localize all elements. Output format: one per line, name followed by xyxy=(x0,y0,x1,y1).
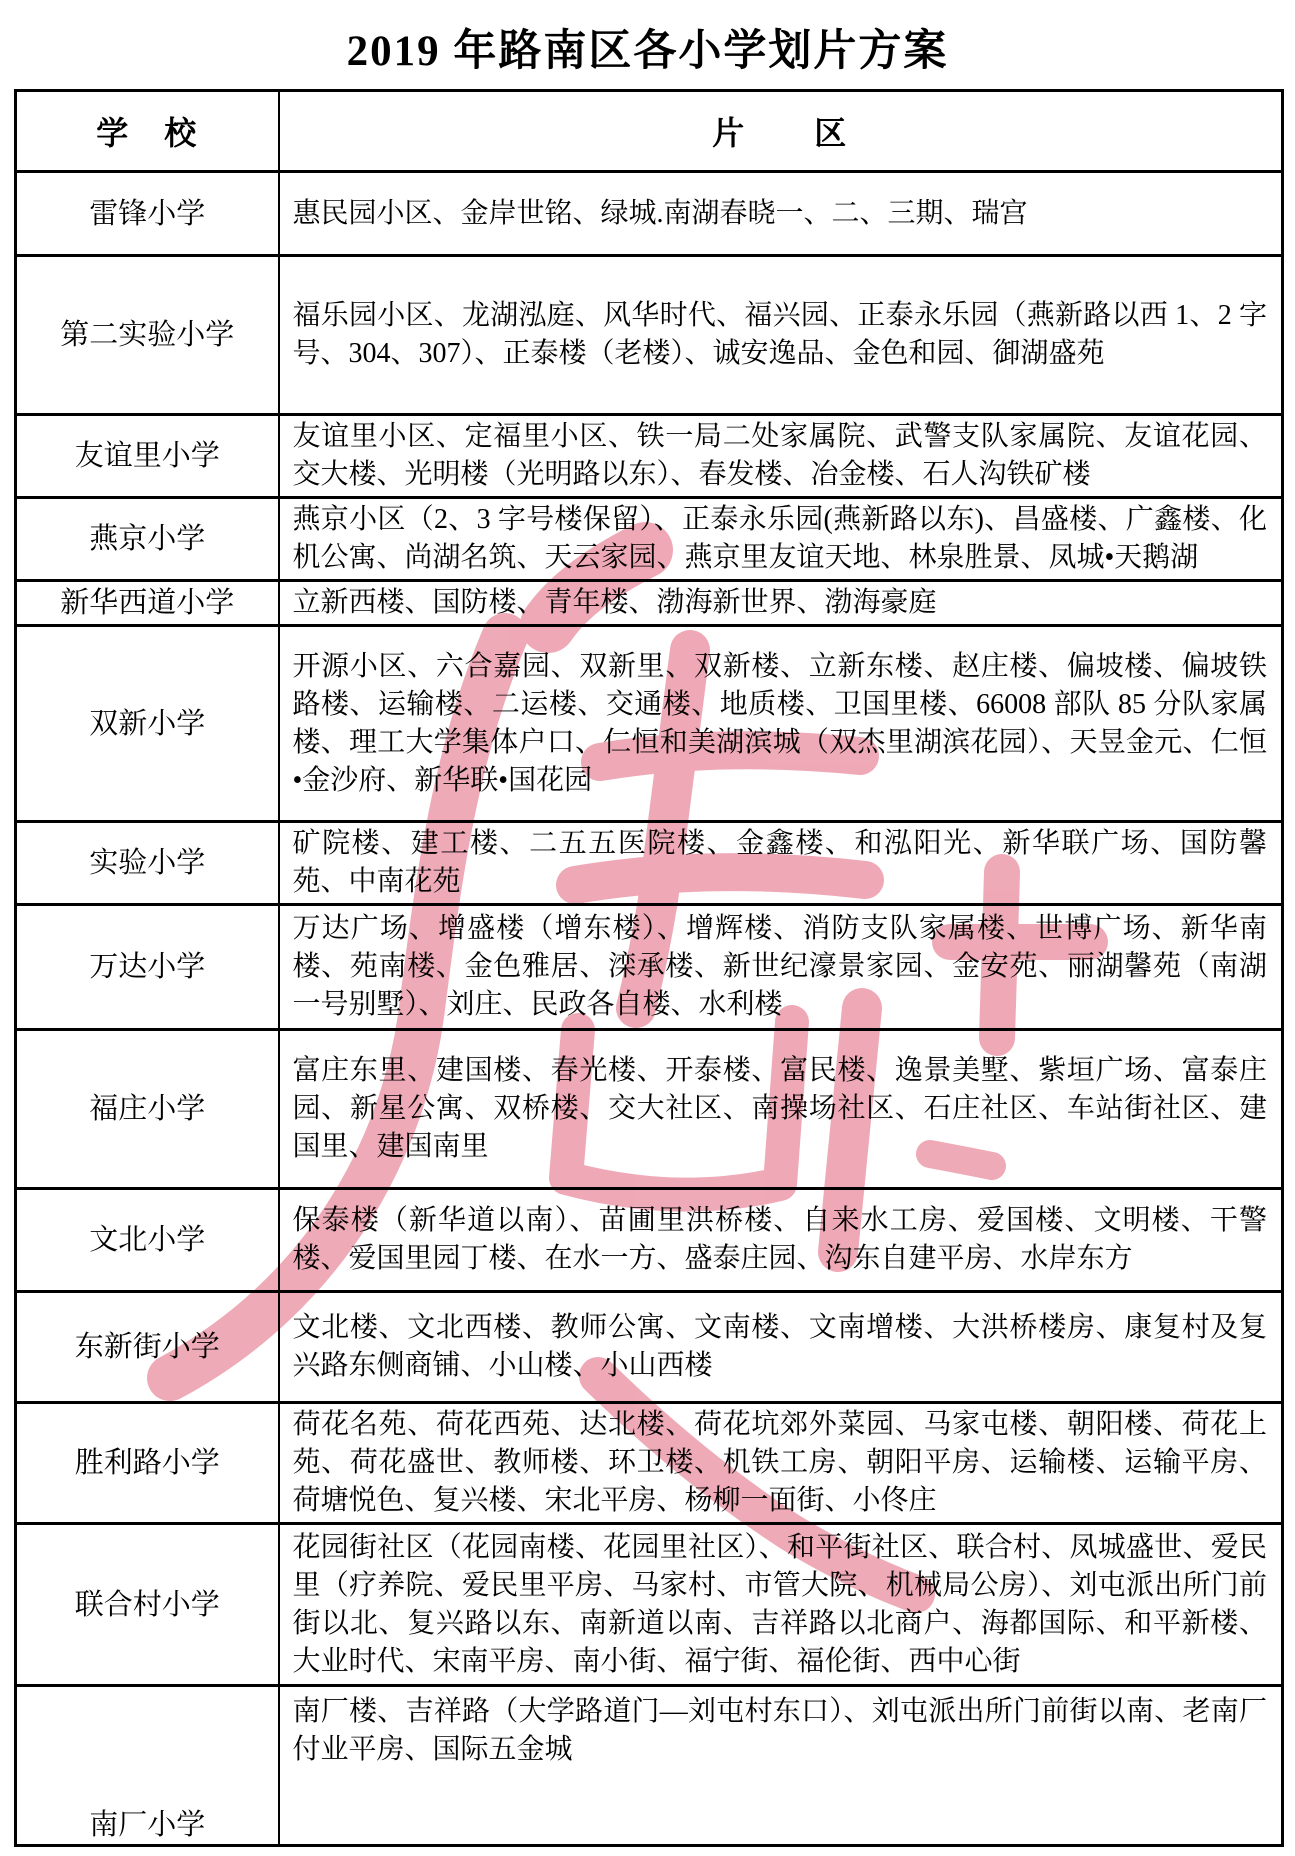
school-name-cell: 实验小学 xyxy=(16,822,279,905)
district-column-header: 片 区 xyxy=(279,91,1283,172)
school-name-cell: 南厂小学 xyxy=(16,1686,279,1846)
table-row: 文北小学 保泰楼（新华道以南）、苗圃里洪桥楼、自来水工房、爱国楼、文明楼、干警楼… xyxy=(16,1189,1283,1292)
district-list-cell: 友谊里小区、定福里小区、铁一局二处家属院、武警支队家属院、友谊花园、交大楼、光明… xyxy=(279,415,1283,498)
school-name-cell: 文北小学 xyxy=(16,1189,279,1292)
district-list-cell: 南厂楼、吉祥路（大学路道门—刘屯村东口）、刘屯派出所门前街以南、老南厂付业平房、… xyxy=(279,1686,1283,1846)
table-row: 胜利路小学 荷花名苑、荷花西苑、达北楼、荷花坑郊外菜园、马家屯楼、朝阳楼、荷花上… xyxy=(16,1403,1283,1524)
table-row: 万达小学 万达广场、增盛楼（增东楼）、增辉楼、消防支队家属楼、世博广场、新华南楼… xyxy=(16,905,1283,1030)
table-row: 燕京小学 燕京小区（2、3 字号楼保留）、正泰永乐园(燕新路以东)、昌盛楼、广鑫… xyxy=(16,498,1283,581)
school-name-cell: 胜利路小学 xyxy=(16,1403,279,1524)
school-name-cell: 燕京小学 xyxy=(16,498,279,581)
school-name-cell: 福庄小学 xyxy=(16,1030,279,1189)
district-list-cell: 文北楼、文北西楼、教师公寓、文南楼、文南增楼、大洪桥楼房、康复村及复兴路东侧商铺… xyxy=(279,1292,1283,1403)
table-row: 新华西道小学 立新西楼、国防楼、青年楼、渤海新世界、渤海豪庭 xyxy=(16,581,1283,626)
district-list-cell: 燕京小区（2、3 字号楼保留）、正泰永乐园(燕新路以东)、昌盛楼、广鑫楼、化机公… xyxy=(279,498,1283,581)
table-row: 第二实验小学 福乐园小区、龙湖泓庭、风华时代、福兴园、正泰永乐园（燕新路以西 1… xyxy=(16,256,1283,415)
page-title: 2019 年路南区各小学划片方案 xyxy=(0,0,1295,89)
table-row: 东新街小学 文北楼、文北西楼、教师公寓、文南楼、文南增楼、大洪桥楼房、康复村及复… xyxy=(16,1292,1283,1403)
table-row: 雷锋小学 惠民园小区、金岸世铭、绿城.南湖春晓一、二、三期、瑞宫 xyxy=(16,172,1283,256)
school-name-cell: 双新小学 xyxy=(16,626,279,822)
district-list-cell: 荷花名苑、荷花西苑、达北楼、荷花坑郊外菜园、马家屯楼、朝阳楼、荷花上苑、荷花盛世… xyxy=(279,1403,1283,1524)
district-list-cell: 开源小区、六合嘉园、双新里、双新楼、立新东楼、赵庄楼、偏坡楼、偏坡铁路楼、运输楼… xyxy=(279,626,1283,822)
district-list-cell: 富庄东里、建国楼、春光楼、开泰楼、富民楼、逸景美墅、紫垣广场、富泰庄园、新星公寓… xyxy=(279,1030,1283,1189)
district-list-cell: 保泰楼（新华道以南）、苗圃里洪桥楼、自来水工房、爱国楼、文明楼、干警楼、爱国里园… xyxy=(279,1189,1283,1292)
zoning-table: 学 校 片 区 雷锋小学 惠民园小区、金岸世铭、绿城.南湖春晓一、二、三期、瑞宫… xyxy=(14,89,1284,1847)
document-page: 2019 年路南区各小学划片方案 学 校 片 区 雷锋小学 惠民园小区、金岸世铭… xyxy=(0,0,1295,1856)
school-name-cell: 东新街小学 xyxy=(16,1292,279,1403)
school-column-header: 学 校 xyxy=(16,91,279,172)
district-list-cell: 福乐园小区、龙湖泓庭、风华时代、福兴园、正泰永乐园（燕新路以西 1、2 字号、3… xyxy=(279,256,1283,415)
table-row: 友谊里小学 友谊里小区、定福里小区、铁一局二处家属院、武警支队家属院、友谊花园、… xyxy=(16,415,1283,498)
school-name-cell: 联合村小学 xyxy=(16,1524,279,1686)
district-list-cell: 矿院楼、建工楼、二五五医院楼、金鑫楼、和泓阳光、新华联广场、国防馨苑、中南花苑 xyxy=(279,822,1283,905)
table-row: 双新小学 开源小区、六合嘉园、双新里、双新楼、立新东楼、赵庄楼、偏坡楼、偏坡铁路… xyxy=(16,626,1283,822)
district-list-cell: 立新西楼、国防楼、青年楼、渤海新世界、渤海豪庭 xyxy=(279,581,1283,626)
school-name-cell: 友谊里小学 xyxy=(16,415,279,498)
table-row: 联合村小学 花园街社区（花园南楼、花园里社区）、和平街社区、联合村、凤城盛世、爱… xyxy=(16,1524,1283,1686)
school-name-cell: 新华西道小学 xyxy=(16,581,279,626)
table-row: 福庄小学 富庄东里、建国楼、春光楼、开泰楼、富民楼、逸景美墅、紫垣广场、富泰庄园… xyxy=(16,1030,1283,1189)
table-row: 南厂小学 南厂楼、吉祥路（大学路道门—刘屯村东口）、刘屯派出所门前街以南、老南厂… xyxy=(16,1686,1283,1846)
district-list-cell: 花园街社区（花园南楼、花园里社区）、和平街社区、联合村、凤城盛世、爱民里（疗养院… xyxy=(279,1524,1283,1686)
table-row: 实验小学 矿院楼、建工楼、二五五医院楼、金鑫楼、和泓阳光、新华联广场、国防馨苑、… xyxy=(16,822,1283,905)
school-name-cell: 第二实验小学 xyxy=(16,256,279,415)
table-header-row: 学 校 片 区 xyxy=(16,91,1283,172)
district-list-cell: 万达广场、增盛楼（增东楼）、增辉楼、消防支队家属楼、世博广场、新华南楼、苑南楼、… xyxy=(279,905,1283,1030)
school-name-cell: 雷锋小学 xyxy=(16,172,279,256)
school-name-cell: 万达小学 xyxy=(16,905,279,1030)
district-list-cell: 惠民园小区、金岸世铭、绿城.南湖春晓一、二、三期、瑞宫 xyxy=(279,172,1283,256)
